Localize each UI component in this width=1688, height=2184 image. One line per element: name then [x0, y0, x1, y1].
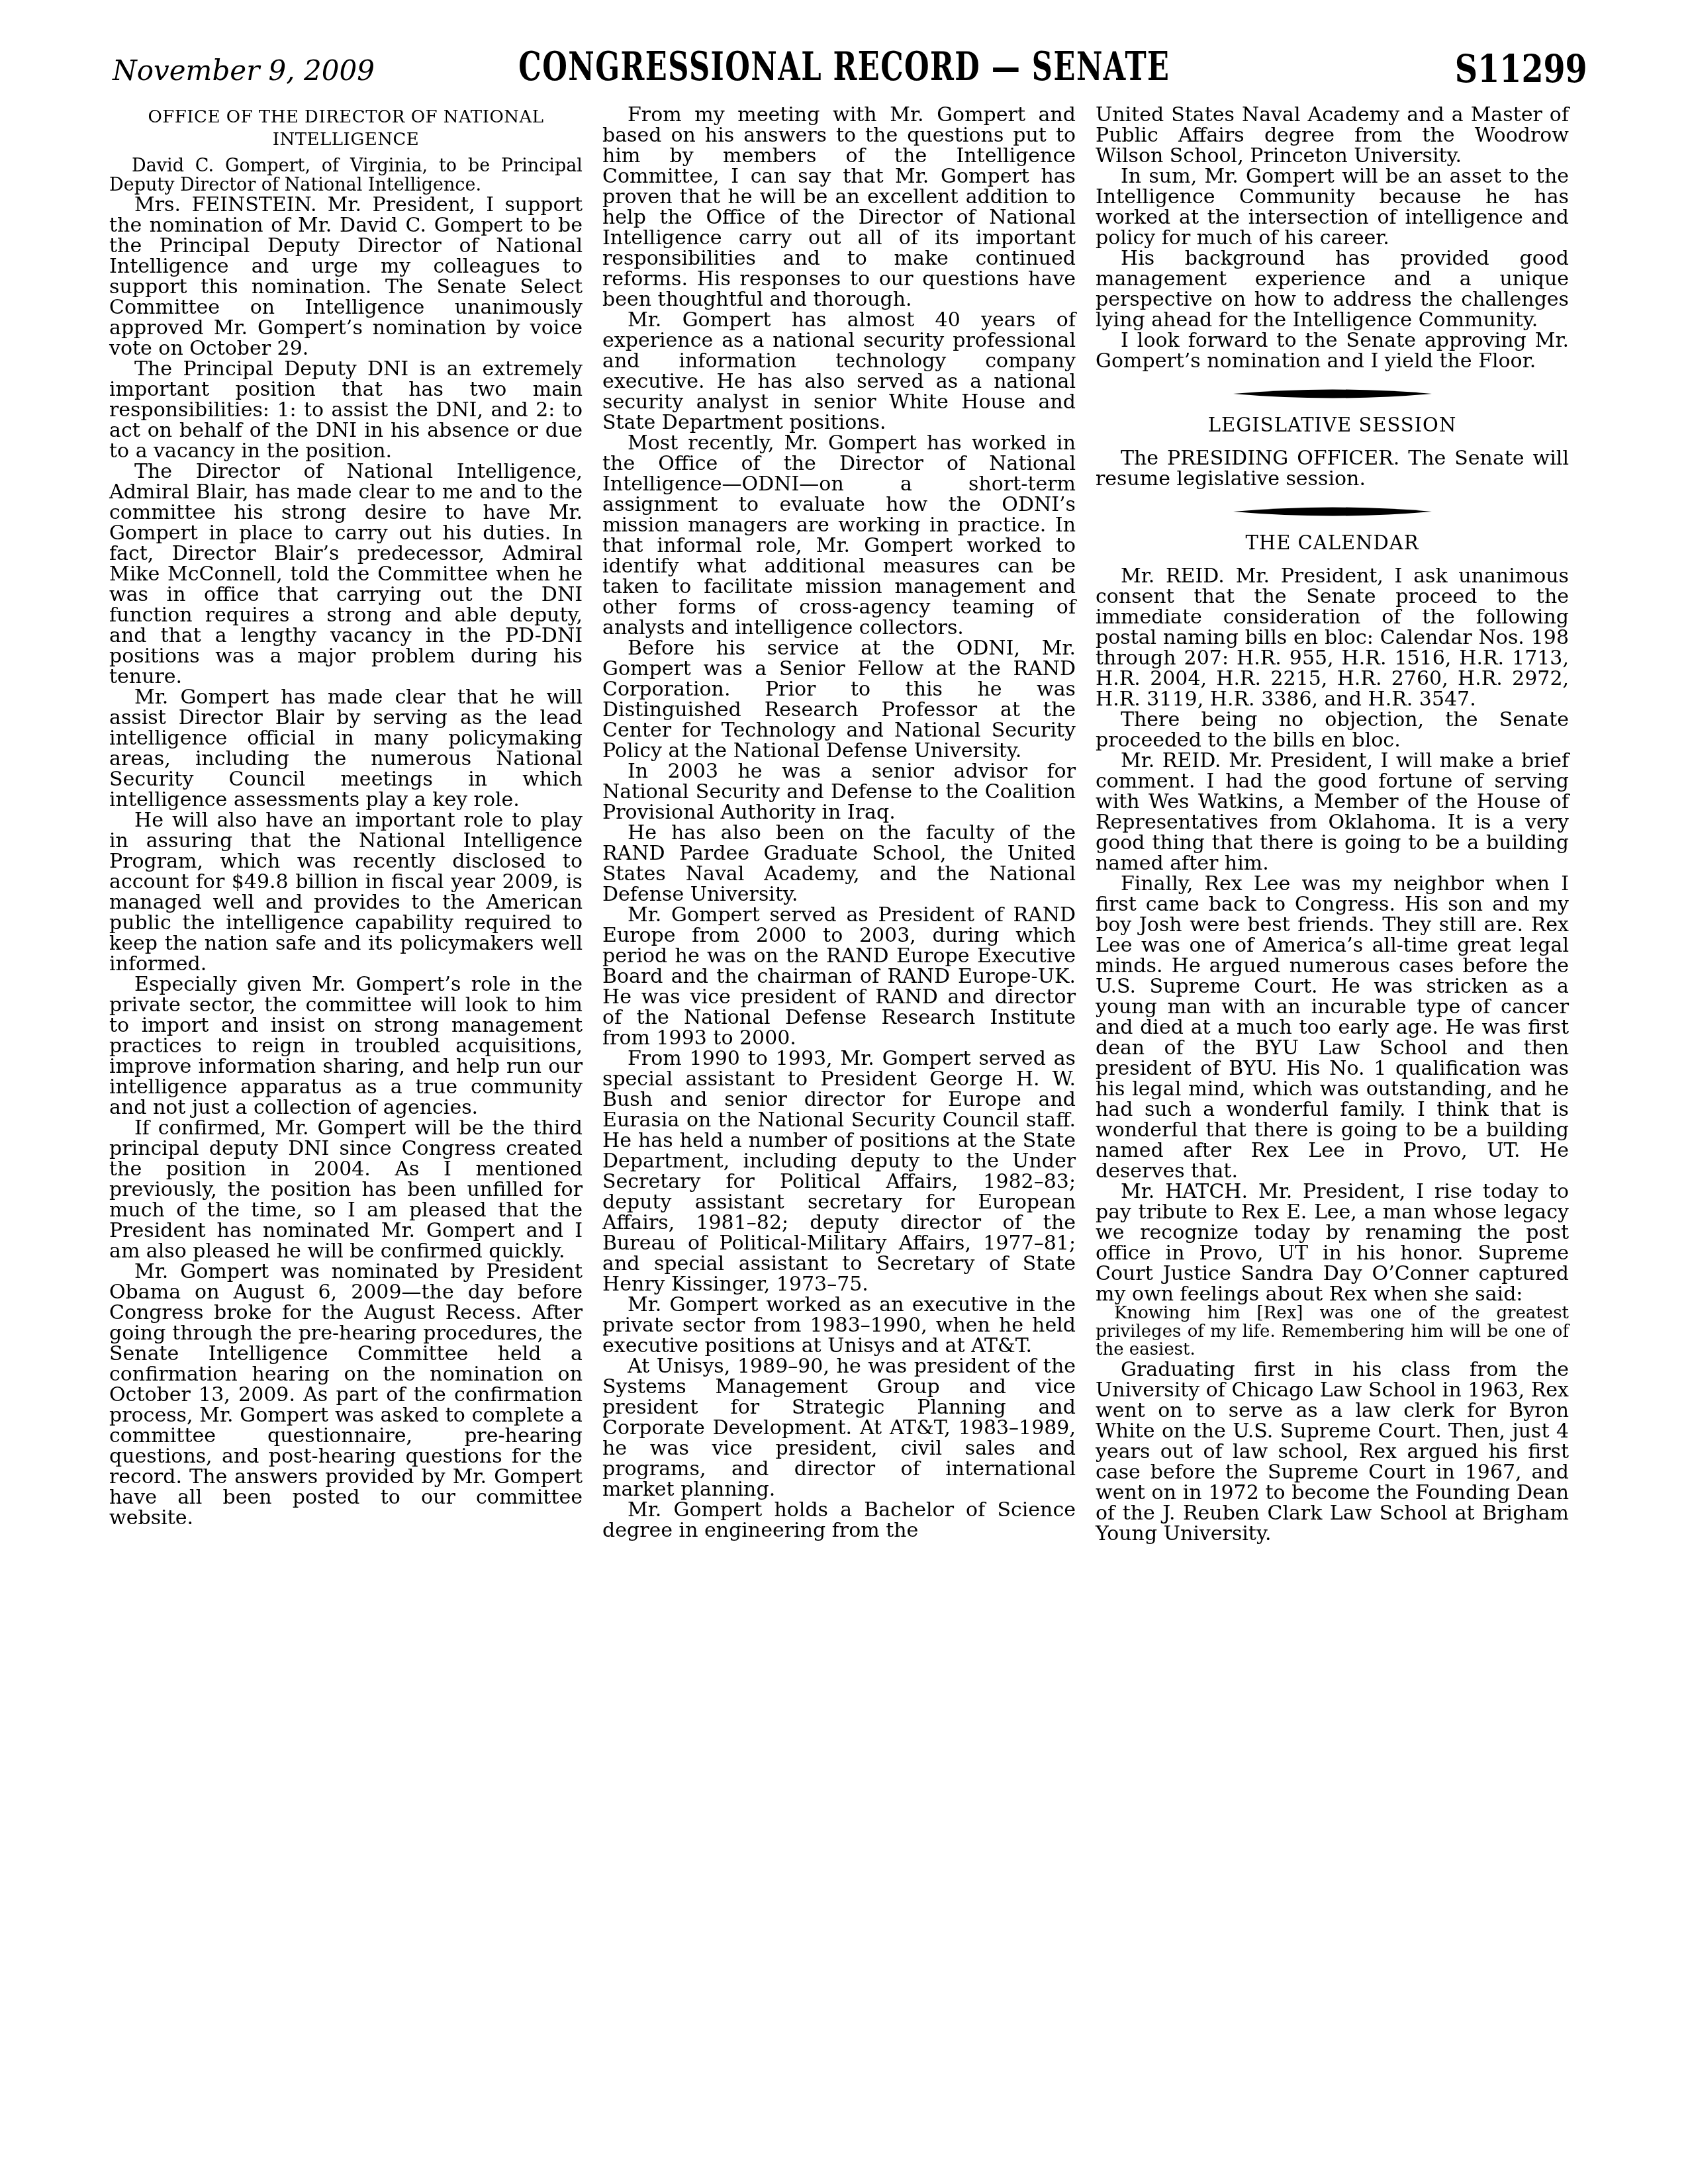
paragraph: Most recently, Mr. Gompert has worked in… [602, 433, 1076, 638]
paragraph: If confirmed, Mr. Gompert will be the th… [109, 1118, 583, 1261]
block-quote: Knowing him [Rex] was one of the greates… [1096, 1304, 1569, 1359]
paragraph: Mrs. FEINSTEIN. Mr. President, I support… [109, 195, 583, 359]
paragraph: From my meeting with Mr. Gompert and bas… [602, 105, 1076, 310]
congressional-record-page: November 9, 2009 CONGRESSIONAL RECORD — … [0, 0, 1688, 2184]
paragraph: He has also been on the faculty of the R… [602, 823, 1076, 905]
page-number: S11299 [1426, 46, 1587, 91]
nomination-text: David C. Gompert, of Virginia, to be Pri… [109, 156, 583, 195]
column-3: United States Naval Academy and a Master… [1096, 105, 1569, 1544]
section-divider-ornament [1096, 506, 1569, 517]
paragraph: Mr. Gompert was nominated by President O… [109, 1261, 583, 1528]
paragraph: From 1990 to 1993, Mr. Gompert served as… [602, 1048, 1076, 1295]
section-divider-ornament [1096, 388, 1569, 399]
column-2: From my meeting with Mr. Gompert and bas… [602, 105, 1076, 1541]
section-heading: THE CALENDAR [1096, 531, 1569, 554]
paragraph: He will also have an important role to p… [109, 810, 583, 974]
paragraph: United States Naval Academy and a Master… [1096, 105, 1569, 166]
paragraph: At Unisys, 1989–90, he was president of … [602, 1356, 1076, 1500]
paragraph: Especially given Mr. Gompert’s role in t… [109, 974, 583, 1118]
page-number-text: S11299 [1455, 46, 1587, 91]
paragraph: Mr. Gompert holds a Bachelor of Science … [602, 1500, 1076, 1541]
paragraph: Mr. Gompert has almost 40 years of exper… [602, 310, 1076, 433]
paragraph: There being no objection, the Senate pro… [1096, 709, 1569, 751]
masthead-title: CONGRESSIONAL RECORD — SENATE [518, 44, 1170, 90]
paragraph: His background has provided good managem… [1096, 248, 1569, 330]
paragraph: Mr. Gompert has made clear that he will … [109, 687, 583, 810]
paragraph: Mr. Gompert served as President of RAND … [602, 905, 1076, 1048]
lens-rule-icon [1233, 388, 1432, 399]
section-heading: LEGISLATIVE SESSION [1096, 414, 1569, 436]
paragraph: In sum, Mr. Gompert will be an asset to … [1096, 166, 1569, 248]
paragraph: Mr. HATCH. Mr. President, I rise today t… [1096, 1181, 1569, 1304]
paragraph: Mr. REID. Mr. President, I ask unanimous… [1096, 566, 1569, 709]
paragraph: The Principal Deputy DNI is an extremely… [109, 359, 583, 461]
paragraph: Finally, Rex Lee was my neighbor when I … [1096, 874, 1569, 1181]
paragraph: Graduating first in his class from the U… [1096, 1359, 1569, 1544]
topic-heading: OFFICE OF THE DIRECTOR OF NATIONAL INTEL… [109, 106, 583, 151]
paragraph: Mr. Gompert worked as an executive in th… [602, 1295, 1076, 1356]
paragraph: Before his service at the ODNI, Mr. Gomp… [602, 638, 1076, 761]
paragraph: The Director of National Intelligence, A… [109, 461, 583, 687]
paragraph: I look forward to the Senate approving M… [1096, 330, 1569, 371]
lens-rule-icon [1233, 506, 1432, 517]
paragraph: In 2003 he was a senior advisor for Nati… [602, 761, 1076, 823]
column-1: OFFICE OF THE DIRECTOR OF NATIONAL INTEL… [109, 105, 583, 1528]
paragraph: The PRESIDING OFFICER. The Senate will r… [1096, 448, 1569, 489]
paragraph: Mr. REID. Mr. President, I will make a b… [1096, 751, 1569, 874]
